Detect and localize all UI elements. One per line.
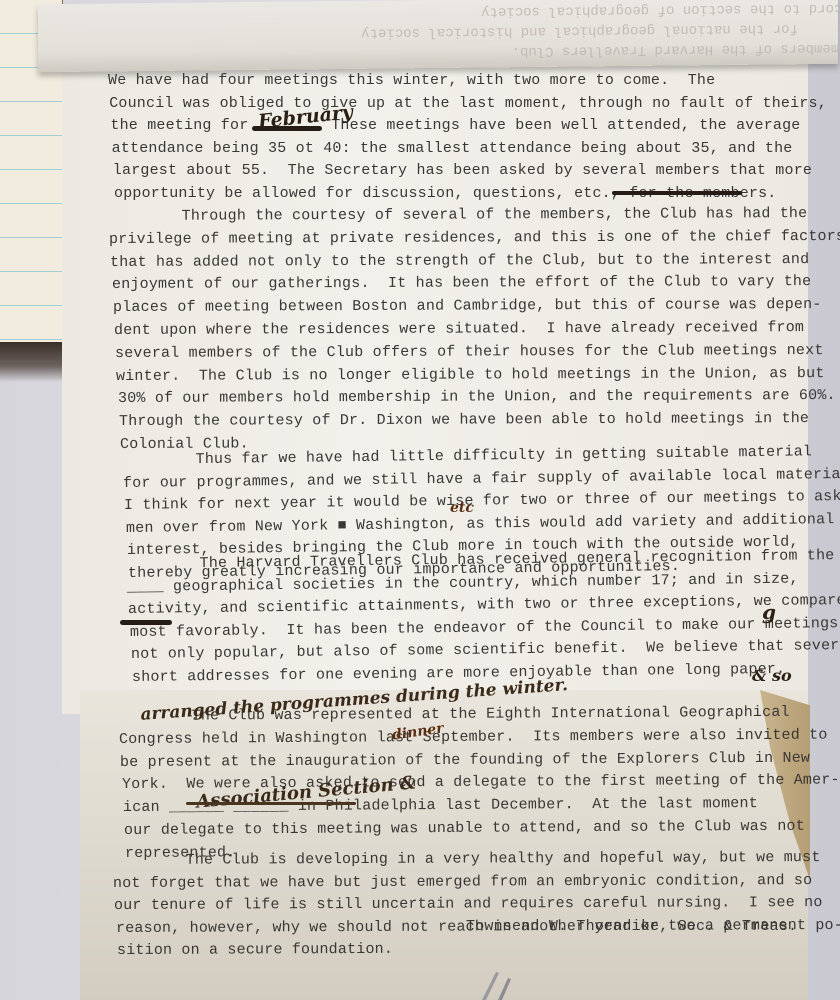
underline-mark [186, 802, 356, 805]
handwritten-annotation: & so [752, 666, 792, 685]
handwritten-annotation: etc [450, 500, 474, 516]
typed-line: dent upon where the residences were situ… [114, 319, 804, 339]
typed-line: Through the courtesy of several of the m… [108, 205, 807, 225]
typed-line: Congress held in Washington last Septemb… [119, 726, 828, 747]
typed-line: The Club is developing in a very healthy… [112, 849, 821, 869]
typed-line: 30% of our members hold membership in th… [118, 387, 836, 407]
typed-line: not only popular, but also of some scien… [131, 637, 840, 663]
typed-line: our tenure of life is still uncertain an… [114, 894, 823, 914]
typed-line: Council was obliged to give up at the la… [109, 95, 827, 112]
typed-line: activity, and scientific attainments, wi… [128, 592, 840, 618]
typed-line: I think for next year it would be wise f… [124, 488, 840, 514]
typed-line: not forget that we have but just emerged… [113, 872, 812, 892]
typed-line: We have had four meetings this winter, w… [108, 72, 715, 89]
scissor-blade-icon [478, 970, 518, 1000]
signature: Townsend W. Thorndike, Sec. & Treas. [466, 918, 797, 935]
document-body: We have had four meetings this winter, w… [0, 0, 840, 1000]
typed-line: attendance being 35 ot 40: the smallest … [112, 140, 793, 157]
handwritten-annotation: g [762, 600, 776, 624]
typed-line: Through the courtesy of Dr. Dixon we hav… [119, 410, 809, 430]
typed-line: sition on a secure foundation. [117, 941, 393, 959]
typed-line: several members of the Club offers of th… [115, 342, 824, 362]
typed-line: places of meeting between Boston and Cam… [113, 296, 822, 316]
typed-line: enjoyment of our gatherings. It has been… [112, 273, 811, 293]
typed-line: largest about 55. The Secretary has been… [113, 162, 812, 179]
strikethrough-mark [612, 191, 742, 195]
typed-line: for our programmes, and we still have a … [123, 465, 840, 491]
typed-line: be present at the inauguration of the fo… [120, 749, 810, 770]
typed-line: most favorably. It has been the endeavor… [129, 615, 838, 641]
typed-line: that has added not only to the strength … [110, 251, 809, 271]
typed-line: privilege of meeting at private residenc… [109, 228, 840, 248]
typed-line: the meeting for ______. These meetings h… [110, 117, 800, 134]
typed-line: winter. The Club is no longer eligible t… [116, 365, 825, 385]
typed-line: our delegate to this meeting was unable … [124, 818, 805, 839]
strikethrough-mark [120, 620, 172, 625]
typed-line: men over from New York ■ Washington, as … [125, 511, 834, 537]
